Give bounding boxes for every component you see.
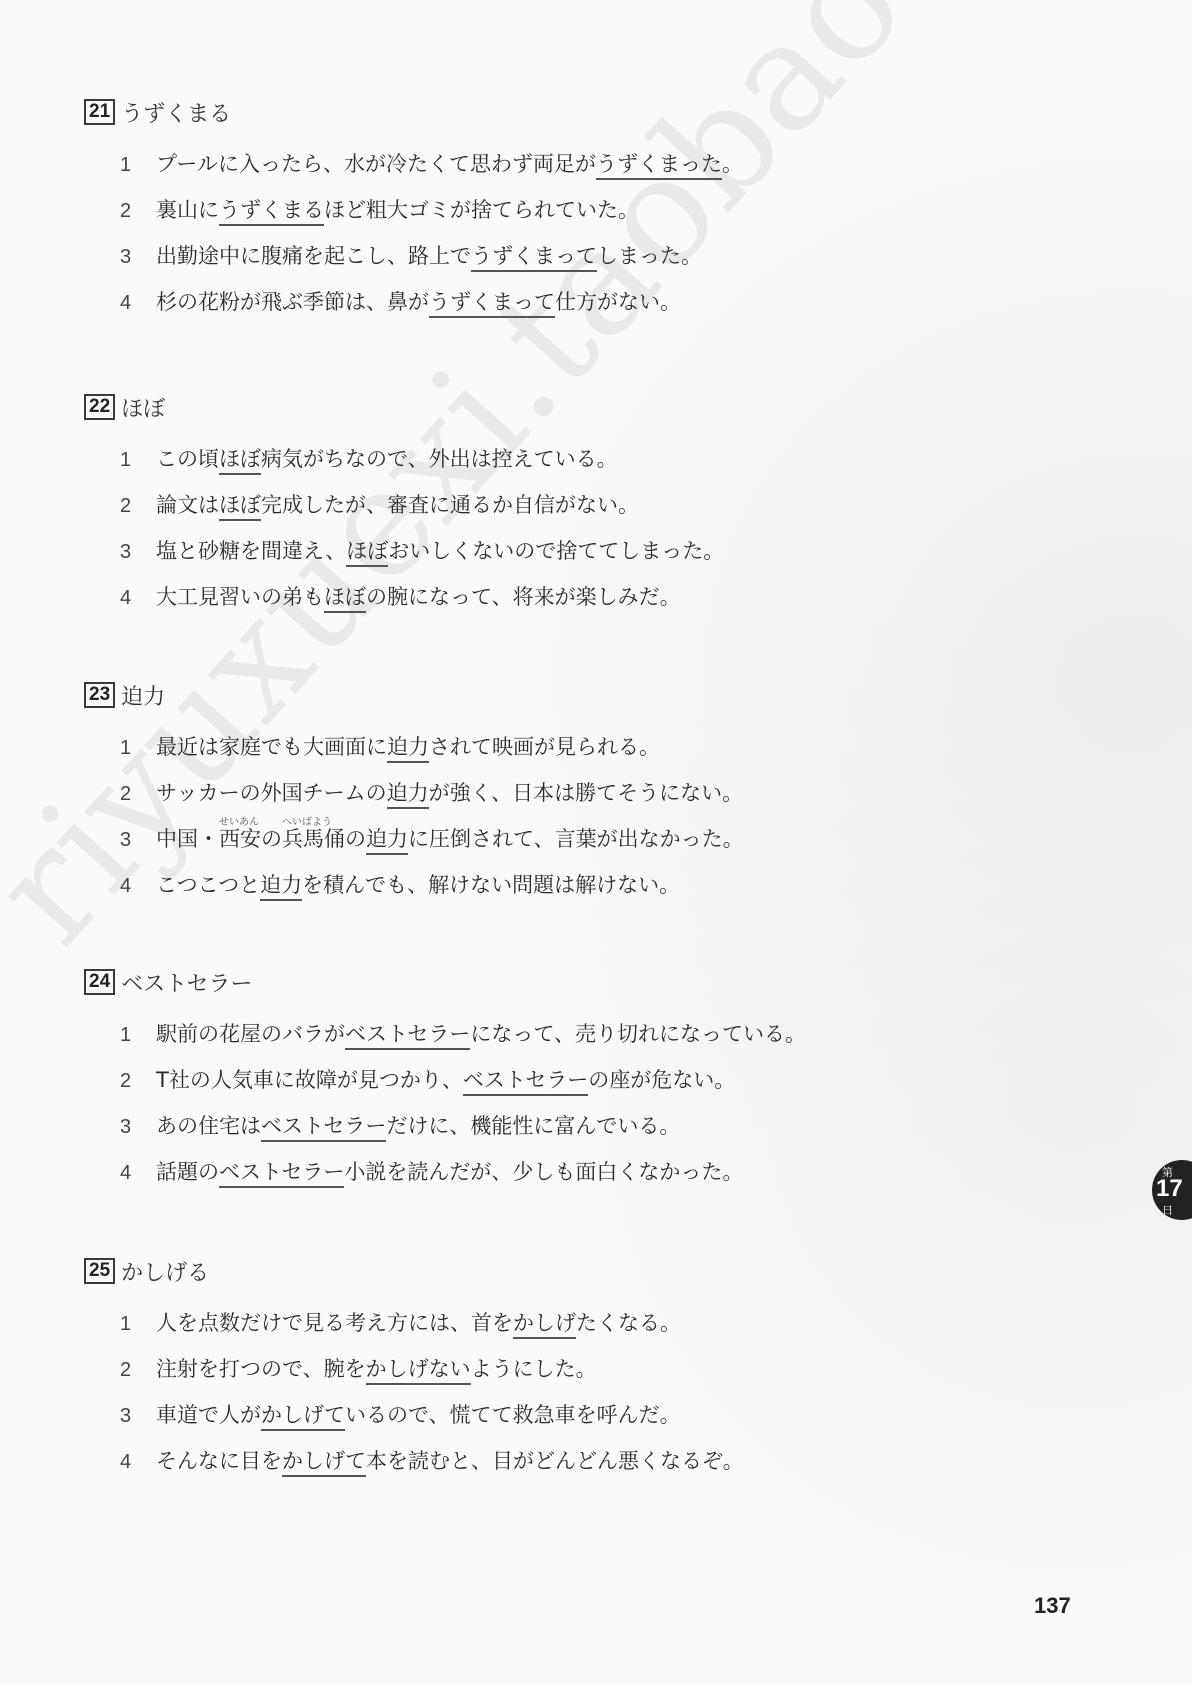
underlined-word: かしげ <box>513 1311 576 1339</box>
option-number: 4 <box>120 587 156 610</box>
option-text: 注射を打つので、腕をかしげないようにした。 <box>156 1353 597 1383</box>
option-list: 1駅前の花屋のバラがベストセラーになって、売り切れになっている。 2T社の人気車… <box>84 1018 984 1202</box>
page-number: 137 <box>1034 1593 1071 1619</box>
option-text: 中国・せいあん西安のへいばよう兵馬俑の迫力に圧倒されて、言葉が出なかった。 <box>156 823 744 853</box>
underlined-word: かしげない <box>366 1357 471 1385</box>
question-number: 21 <box>84 99 115 125</box>
option-text: 人を点数だけで見る考え方には、首をかしげたくなる。 <box>156 1307 681 1337</box>
option-number: 3 <box>120 246 156 269</box>
option-text: この頃ほぼ病気がちなので、外出は控えている。 <box>156 443 618 473</box>
option-item: 4話題のベストセラー小説を読んだが、少しも面白くなかった。 <box>120 1156 984 1202</box>
option-number: 3 <box>120 1405 156 1428</box>
option-number: 3 <box>120 541 156 564</box>
underlined-word: うずくまって <box>471 244 597 272</box>
option-text: 駅前の花屋のバラがベストセラーになって、売り切れになっている。 <box>156 1018 806 1048</box>
underlined-word: ベストセラー <box>463 1068 588 1096</box>
option-item: 2論文はほぼ完成したが、審査に通るか自信がない。 <box>120 489 984 535</box>
question-word: かしげる <box>121 1256 209 1287</box>
option-item: 1駅前の花屋のバラがベストセラーになって、売り切れになっている。 <box>120 1018 984 1064</box>
option-item: 4そんなに目をかしげて本を読むと、目がどんどん悪くなるぞ。 <box>120 1445 984 1491</box>
underlined-word: ベストセラー <box>345 1022 470 1050</box>
underlined-word: 迫力 <box>387 735 429 763</box>
furigana: せいあん <box>219 813 259 828</box>
option-item: 1最近は家庭でも大画面に迫力されて映画が見られる。 <box>120 731 984 777</box>
ruby-word: へいばよう兵馬俑 <box>282 827 345 851</box>
underlined-word: 迫力 <box>366 827 408 855</box>
option-text: 裏山にうずくまるほど粗大ゴミが捨てられていた。 <box>156 194 639 224</box>
day-tab: 第 17 日 <box>1152 1160 1192 1220</box>
question-header: 25 かしげる <box>84 1257 984 1285</box>
option-number: 2 <box>120 1359 156 1382</box>
option-number: 2 <box>120 495 156 518</box>
option-number: 1 <box>120 449 156 472</box>
question-25: 25 かしげる 1人を点数だけで見る考え方には、首をかしげたくなる。 2注射を打… <box>84 1257 984 1491</box>
option-number: 2 <box>120 783 156 806</box>
option-text: 大工見習いの弟もほぼの腕になって、将来が楽しみだ。 <box>156 581 681 611</box>
option-number: 1 <box>120 1024 156 1047</box>
question-number: 24 <box>84 969 115 995</box>
option-text: 車道で人がかしげているので、慌てて救急車を呼んだ。 <box>156 1399 681 1429</box>
question-word: うずくまる <box>121 97 231 128</box>
option-item: 2T社の人気車に故障が見つかり、ベストセラーの座が危ない。 <box>120 1064 984 1110</box>
question-word: ほぼ <box>121 392 165 423</box>
question-header: 21 うずくまる <box>84 98 984 126</box>
option-number: 4 <box>120 875 156 898</box>
option-text: 話題のベストセラー小説を読んだが、少しも面白くなかった。 <box>156 1156 743 1186</box>
option-item: 1プールに入ったら、水が冷たくて思わず両足がうずくまった。 <box>120 148 984 194</box>
option-number: 1 <box>120 737 156 760</box>
option-number: 4 <box>120 1162 156 1185</box>
option-item: 2裏山にうずくまるほど粗大ゴミが捨てられていた。 <box>120 194 984 240</box>
question-header: 24 ベストセラー <box>84 968 984 996</box>
option-number: 3 <box>120 829 156 852</box>
option-item: 2注射を打つので、腕をかしげないようにした。 <box>120 1353 984 1399</box>
option-list: 1最近は家庭でも大画面に迫力されて映画が見られる。 2サッカーの外国チームの迫力… <box>84 731 984 915</box>
option-number: 4 <box>120 292 156 315</box>
question-header: 22 ほぼ <box>84 393 984 421</box>
option-list: 1人を点数だけで見る考え方には、首をかしげたくなる。 2注射を打つので、腕をかし… <box>84 1307 984 1491</box>
question-number: 23 <box>84 682 115 708</box>
option-text: プールに入ったら、水が冷たくて思わず両足がうずくまった。 <box>156 148 743 178</box>
option-list: 1プールに入ったら、水が冷たくて思わず両足がうずくまった。 2裏山にうずくまるほ… <box>84 148 984 332</box>
underlined-word: ほぼ <box>324 585 366 613</box>
option-text: サッカーの外国チームの迫力が強く、日本は勝てそうにない。 <box>156 777 743 807</box>
question-word: 迫力 <box>121 680 165 711</box>
option-item: 3あの住宅はベストセラーだけに、機能性に富んでいる。 <box>120 1110 984 1156</box>
day-tab-suffix: 日 <box>1162 1202 1173 1218</box>
option-number: 2 <box>120 200 156 223</box>
question-23: 23 迫力 1最近は家庭でも大画面に迫力されて映画が見られる。 2サッカーの外国… <box>84 681 984 915</box>
option-text: 塩と砂糖を間違え、ほぼおいしくないので捨ててしまった。 <box>156 535 724 565</box>
question-header: 23 迫力 <box>84 681 984 709</box>
question-24: 24 ベストセラー 1駅前の花屋のバラがベストセラーになって、売り切れになってい… <box>84 968 984 1202</box>
question-word: ベストセラー <box>121 967 252 998</box>
underlined-word: うずくまる <box>219 198 324 226</box>
option-text: あの住宅はベストセラーだけに、機能性に富んでいる。 <box>156 1110 680 1140</box>
option-item: 1この頃ほぼ病気がちなので、外出は控えている。 <box>120 443 984 489</box>
option-text: 杉の花粉が飛ぶ季節は、鼻がうずくまって仕方がない。 <box>156 286 681 316</box>
option-item: 3中国・せいあん西安のへいばよう兵馬俑の迫力に圧倒されて、言葉が出なかった。 <box>120 823 984 869</box>
question-number: 25 <box>84 1258 115 1284</box>
underlined-word: かしげて <box>282 1449 366 1477</box>
option-number: 4 <box>120 1451 156 1474</box>
option-number: 2 <box>120 1070 156 1093</box>
underlined-word: うずくまって <box>429 290 555 318</box>
underlined-word: ベストセラー <box>261 1114 386 1142</box>
option-item: 4大工見習いの弟もほぼの腕になって、将来が楽しみだ。 <box>120 581 984 627</box>
underlined-word: かしげて <box>261 1403 345 1431</box>
option-number: 1 <box>120 154 156 177</box>
underlined-word: うずくまった <box>596 152 722 180</box>
underlined-word: ほぼ <box>219 447 261 475</box>
option-item: 1人を点数だけで見る考え方には、首をかしげたくなる。 <box>120 1307 984 1353</box>
furigana: へいばよう <box>282 813 332 828</box>
option-list: 1この頃ほぼ病気がちなので、外出は控えている。 2論文はほぼ完成したが、審査に通… <box>84 443 984 627</box>
underlined-word: ベストセラー <box>219 1160 344 1188</box>
underlined-word: ほぼ <box>346 539 388 567</box>
underlined-word: 迫力 <box>387 781 429 809</box>
question-21: 21 うずくまる 1プールに入ったら、水が冷たくて思わず両足がうずくまった。 2… <box>84 98 984 332</box>
option-text: そんなに目をかしげて本を読むと、目がどんどん悪くなるぞ。 <box>156 1445 744 1475</box>
option-text: こつこつと迫力を積んでも、解けない問題は解けない。 <box>156 869 680 899</box>
option-item: 3塩と砂糖を間違え、ほぼおいしくないので捨ててしまった。 <box>120 535 984 581</box>
option-text: T社の人気車に故障が見つかり、ベストセラーの座が危ない。 <box>156 1064 735 1094</box>
question-number: 22 <box>84 394 115 420</box>
option-item: 4こつこつと迫力を積んでも、解けない問題は解けない。 <box>120 869 984 915</box>
option-item: 4杉の花粉が飛ぶ季節は、鼻がうずくまって仕方がない。 <box>120 286 984 332</box>
option-number: 3 <box>120 1116 156 1139</box>
underlined-word: 迫力 <box>260 873 302 901</box>
option-item: 3車道で人がかしげているので、慌てて救急車を呼んだ。 <box>120 1399 984 1445</box>
question-22: 22 ほぼ 1この頃ほぼ病気がちなので、外出は控えている。 2論文はほぼ完成した… <box>84 393 984 627</box>
option-item: 3出勤途中に腹痛を起こし、路上でうずくまってしまった。 <box>120 240 984 286</box>
option-text: 論文はほぼ完成したが、審査に通るか自信がない。 <box>156 489 639 519</box>
underlined-word: ほぼ <box>219 493 261 521</box>
option-text: 出勤途中に腹痛を起こし、路上でうずくまってしまった。 <box>156 240 702 270</box>
option-text: 最近は家庭でも大画面に迫力されて映画が見られる。 <box>156 731 660 761</box>
option-number: 1 <box>120 1313 156 1336</box>
ruby-word: せいあん西安 <box>219 827 261 851</box>
day-tab-number: 17 <box>1156 1175 1183 1203</box>
